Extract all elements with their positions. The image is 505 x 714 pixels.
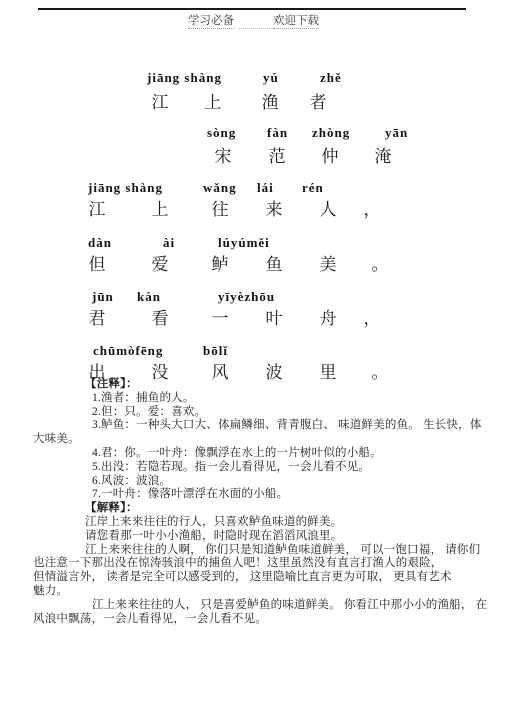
poem-author-char: 宋 xyxy=(203,147,243,166)
poem-char: 爱 xyxy=(140,255,180,274)
poem-title-pinyin: jiāng shàng xyxy=(147,70,222,85)
poem-char: 往 xyxy=(200,200,240,219)
poem-char: 人 xyxy=(308,200,348,219)
poem-author-pinyin: yān xyxy=(385,125,408,140)
poem-char: 美 xyxy=(308,255,348,274)
poem-char: 看 xyxy=(140,309,180,328)
explanation-line-wrap: 也注意一下那出没在惊涛骇浪中的捕鱼人吧！这里虽然没有直言打渔人的艰险， xyxy=(33,557,477,571)
poem-author-char: 范 xyxy=(257,147,297,166)
note-line: 2.但：只。爱：喜欢。 xyxy=(92,406,477,420)
note-line: 4.君：你。一叶舟：像飘浮在水上的一片树叶似的小船。 xyxy=(92,447,477,461)
poem-title-pinyin: zhě xyxy=(320,70,342,85)
poem-author-pinyin: sòng xyxy=(207,125,236,140)
poem-title-char: 渔 xyxy=(250,93,290,112)
note-line: 5.出没：若隐若现。指一会儿看得见，一会儿看不见。 xyxy=(92,461,477,475)
poem-char: 江 xyxy=(77,200,117,219)
poem-author-char: 仲 xyxy=(310,147,350,166)
note-line: 6.风波：波浪。 xyxy=(92,475,477,489)
note-line: 7.一叶舟：像落叶漂浮在水面的小船。 xyxy=(92,488,477,502)
poem-char: 君 xyxy=(77,309,117,328)
poem-char: 来 xyxy=(254,200,294,219)
poem-title-char: 上 xyxy=(193,93,233,112)
poem-punct: ， xyxy=(352,309,392,328)
poem-char: 但 xyxy=(77,255,117,274)
notes-heading: 【注释】： xyxy=(85,378,477,392)
note-line-wrap: 大味美。 xyxy=(33,433,477,447)
note-line: 3.鲈鱼：一种头大口大、体扁鳞细、背青腹白、 味道鲜美的鱼。 生长快，体 xyxy=(92,419,477,433)
explanation-line: 江岸上来来往往的行人，只喜欢鲈鱼味道的鲜美。 xyxy=(85,516,477,530)
poem-line-pinyin: jiāng shàng xyxy=(88,180,163,195)
poem-author-char: 淹 xyxy=(363,147,403,166)
note-line: 1.渔者：捕鱼的人。 xyxy=(92,392,477,406)
poem-line-pinyin: bōlǐ xyxy=(203,343,228,358)
poem-line-pinyin: dàn xyxy=(88,235,112,250)
poem-line-pinyin: kàn xyxy=(137,289,161,304)
header-gap-underline xyxy=(239,15,272,29)
poem-title-char: 者 xyxy=(298,93,338,112)
poem-char: 叶 xyxy=(254,309,294,328)
poem-char: 舟 xyxy=(308,309,348,328)
explanation-line: 请您看那一叶小小渔船，时隐时现在滔滔风浪里。 xyxy=(85,530,477,544)
poem-author-pinyin: zhòng xyxy=(312,125,350,140)
poem-punct: 。 xyxy=(360,255,400,274)
explanation-line-wrap: 魅力。 xyxy=(33,585,477,599)
poem-char: 上 xyxy=(140,200,180,219)
poem-line-pinyin: yīyèzhōu xyxy=(218,289,275,304)
header-left-text: 学习必备 xyxy=(188,14,234,29)
explanation-line-wrap: 风浪中飘荡，一会儿看得见，一会儿看不见。 xyxy=(33,613,477,627)
poem-title-pinyin: yú xyxy=(263,70,279,85)
poem-line-pinyin: lúyúměi xyxy=(218,235,270,250)
explanation-line: 江上来来往往的人啊， 你们只是知道鲈鱼味道鲜美， 可以一饱口福， 请你们 xyxy=(85,544,477,558)
document-page: 学习必备 欢迎下载 jiāng shàng yú zhě 江 上 渔 者 sòn… xyxy=(0,0,505,714)
poem-line-pinyin: jūn xyxy=(92,289,114,304)
poem-line-pinyin: wǎng xyxy=(203,180,237,195)
poem-char: 一 xyxy=(200,309,240,328)
poem-line-pinyin: chūmòfēng xyxy=(93,343,163,358)
poem-punct: ， xyxy=(352,200,392,219)
header-right-text: 欢迎下载 xyxy=(273,14,319,29)
poem-line-pinyin: ài xyxy=(163,235,175,250)
explanation-line: 江上来来往往的人， 只是喜爱鲈鱼的味道鲜美。 你看江中那小小的渔船， 在 xyxy=(92,599,477,613)
poem-char: 鱼 xyxy=(254,255,294,274)
explanation-line-wrap: 但情溢言外， 读者是完全可以感受到的， 这里隐喻比直言更为可取， 更具有艺术 xyxy=(33,571,477,585)
explanation-heading: 【解释】： xyxy=(85,502,477,516)
header-rule xyxy=(38,8,466,10)
poem-title-char: 江 xyxy=(140,93,180,112)
poem-author-pinyin: fàn xyxy=(267,125,288,140)
poem-line-pinyin: rén xyxy=(302,180,324,195)
poem-line-pinyin: lái xyxy=(257,180,274,195)
poem-char: 鲈 xyxy=(200,255,240,274)
notes-and-explanation: 【注释】： 1.渔者：捕鱼的人。 2.但：只。爱：喜欢。 3.鲈鱼：一种头大口大… xyxy=(33,378,477,626)
